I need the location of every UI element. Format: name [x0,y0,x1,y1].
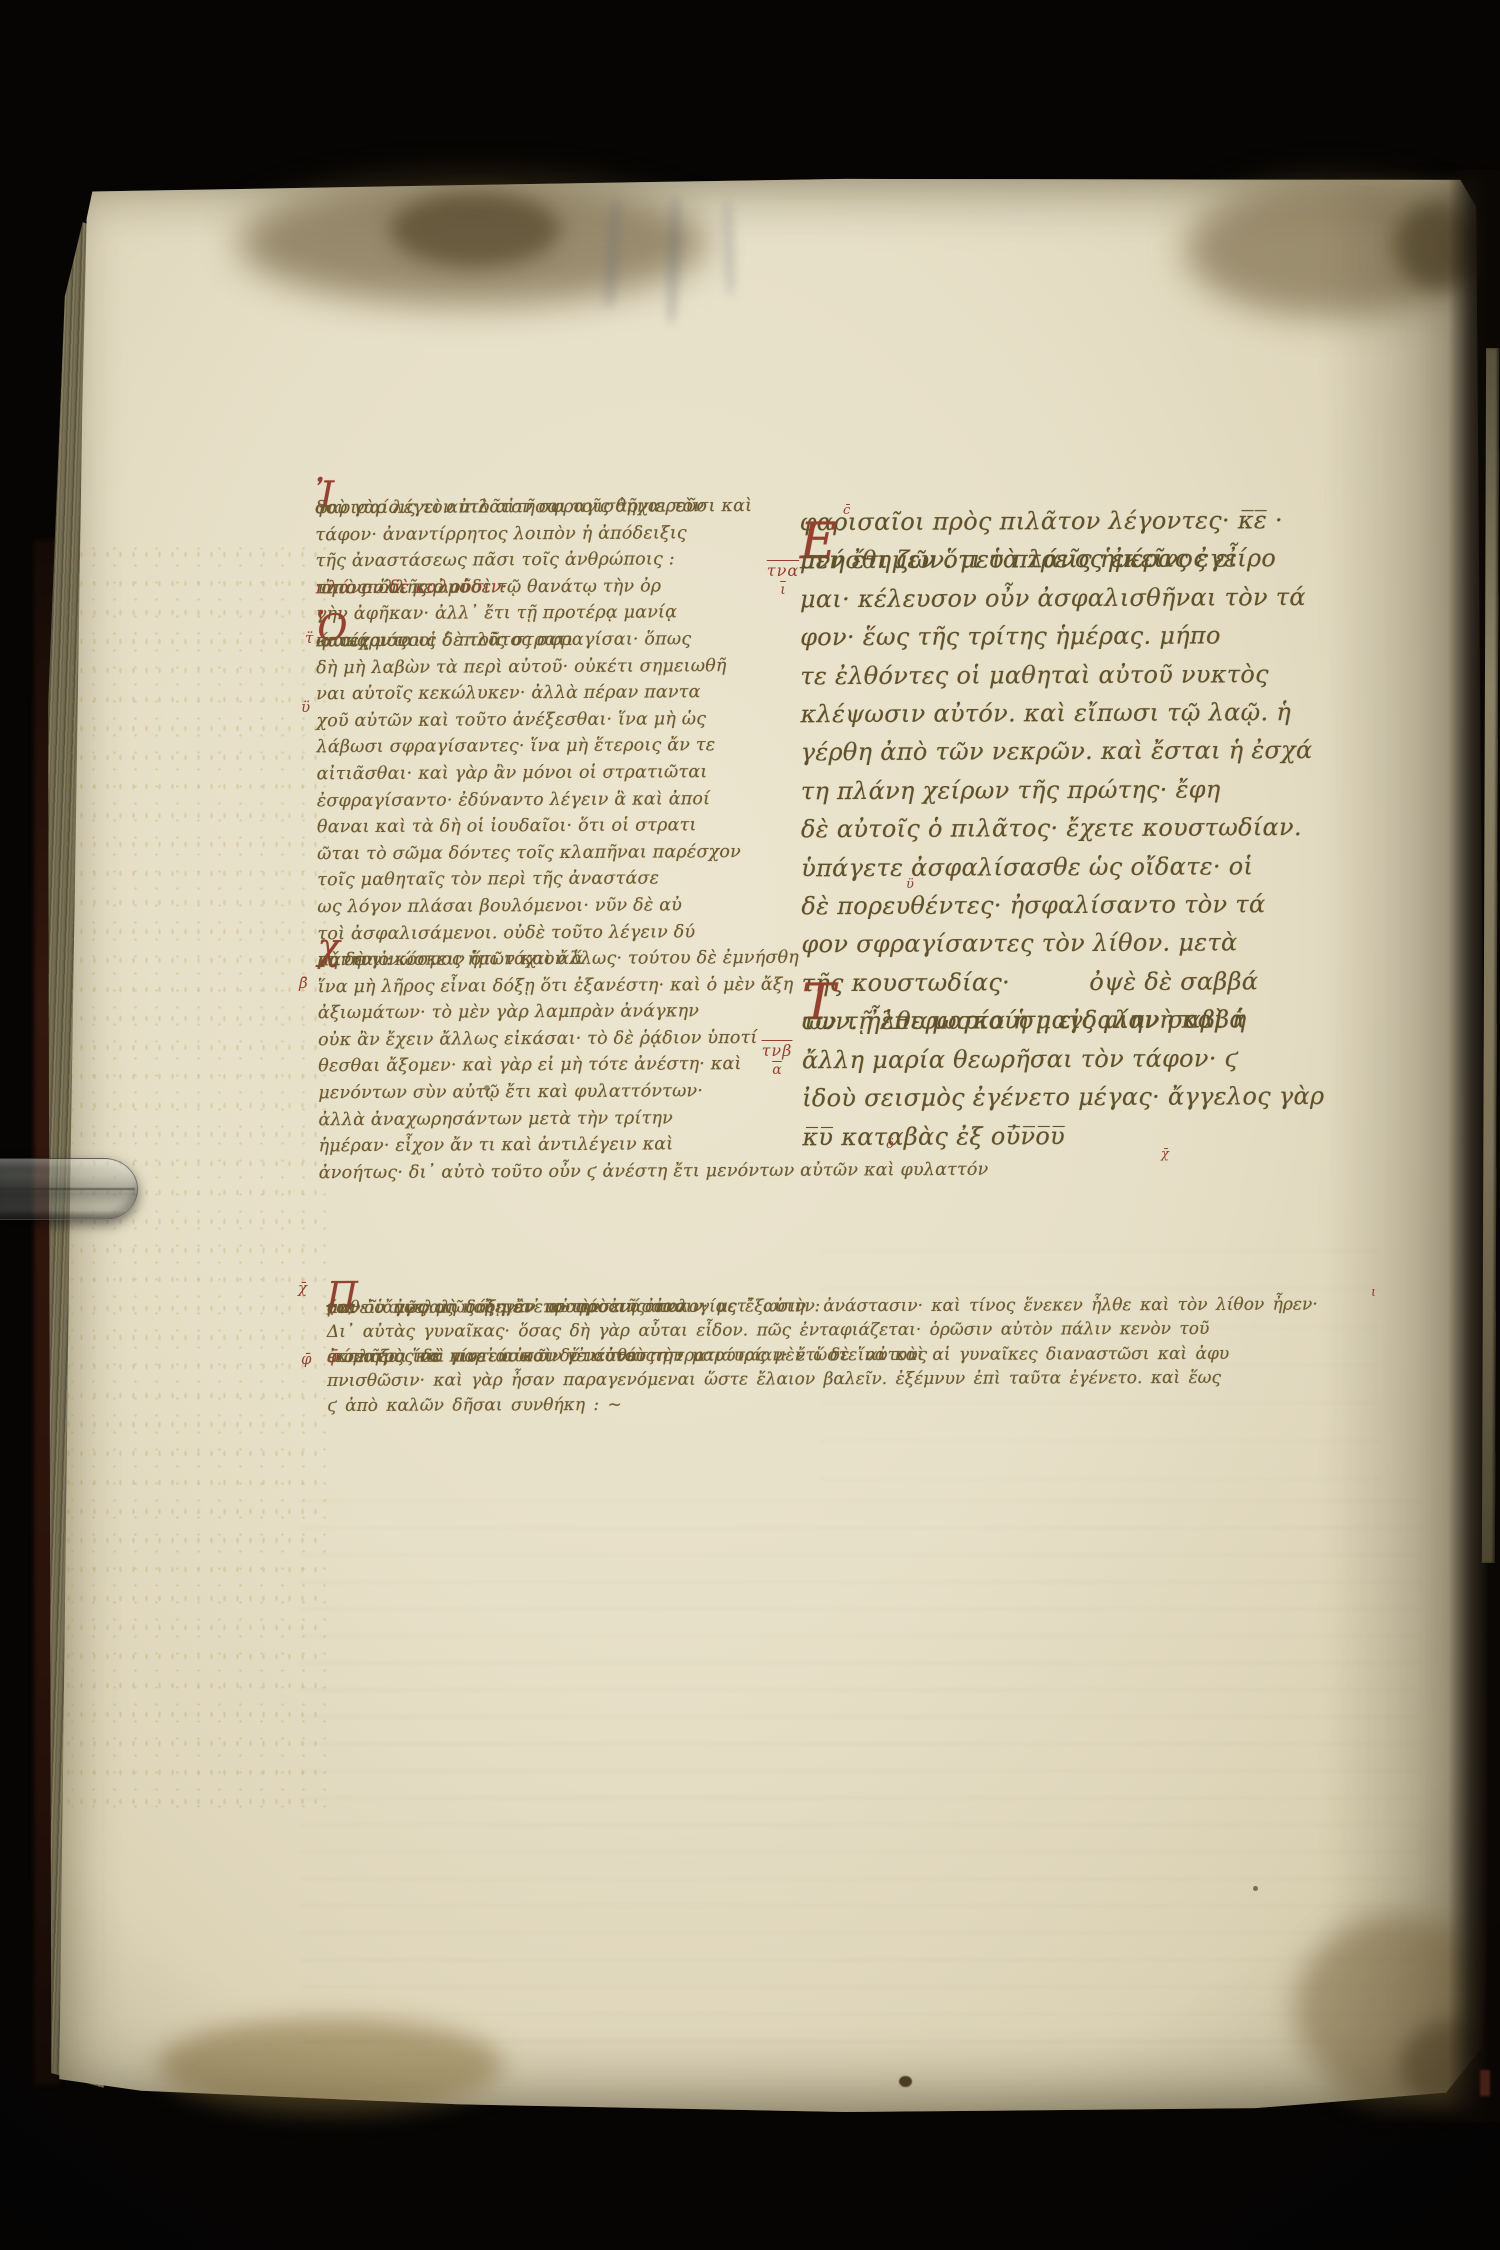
text-line: οὐκ ἂν ἔχειν ἄλλως εἰκάσαι· τὸ δὲ ῥᾴδιον… [318,1025,796,1054]
text-line: δὲ αὐτοῖς ὁ πιλᾶτος· ἔχετε κουστωδίαν. [801,808,1376,849]
text-line: τῆς κουστωδίας· ὀψὲ δὲ σαββά [802,962,1377,1003]
text-line: ι [1371,1285,1376,1300]
text-line: τοὶ ἀσφαλισάμενοι. οὐδὲ τοῦτο λέγειν δύ [317,918,795,947]
text-line: χ̄ [298,1281,307,1296]
section-number-a: τνα ι [753,562,813,600]
text-line: ϛ ἀπὸ καλῶν δῆσαι συνθήκη : ~ [327,1390,1457,1418]
text-line: φ̄ [301,1352,312,1367]
section-number-b: τνβ α [747,1042,807,1080]
commentary-footer-block: των· ὁ πῶς μὴ δόξῃ ἂν προφάσειν ἀπολογία… [327,1292,1457,1418]
text-line: ἀνοήτως· δι᾽ αὐτὸ τοῦτο οὖν ϛ ἀνέστη ἔτι… [319,1158,797,1187]
text-line: ώταις μόνοις ὁ πιλᾶτος σφραγίσαι· ὅπως [316,626,794,655]
text-line: ϋ [906,877,914,892]
text-line: β̄ [299,976,308,991]
text-line: γέρθη ἀπὸ τῶν νεκρῶν. καὶ ἔσται ἡ ἐσχά [801,731,1376,772]
binding-sliver [1480,2070,1490,2096]
text-line: ῶται τὸ σῶμα δόντες τοῖς κλαπῆναι παρέσχ… [317,838,795,867]
text-line: ἀλλὰ ἀναχωρησάντων μετὰ τὴν τρίτην [318,1104,796,1133]
text-line: ναι αὐτοῖς κεκώλυκεν· ἀλλὰ πέραν παντα [316,679,794,708]
text-line: τάφον· ἀναντίρρητος λοιπὸν ἡ ἀπόδειξις [315,519,793,548]
text-line: ὑπάγετε ἀσφαλίσασθε ὡς οἴδατε· οἱ [801,846,1376,887]
text-line: κλέψωσιν αὐτόν. καὶ εἴπωσι τῷ λαῷ. ἡ [800,693,1375,734]
rod-edge-line [0,1188,135,1190]
text-line: δὴ μὴ λαβὼν τὰ περὶ αὐτοῦ· οὐκέτι σημειω… [316,652,794,681]
text-line: ἵνα μὴ λῆρος εἶναι δόξῃ ὅτι ἐξανέστη· κα… [318,971,796,1000]
text-line: των. ἦλθε μαρία ἡ μαγδαληνὴ καὶ ἡ [802,1000,1377,1041]
text-line: c̄ [843,503,850,518]
page-holder-rod [0,1158,138,1220]
text-line: φαρισαῖοι πρὸς πιλᾶτον λέγοντες· κ̅ε̅ · [800,501,1375,542]
commentary-column: Ἰδοὺ γὰρ λέγει αὐτὸ αἰτῆσαι τοῖς ἀρχιερε… [315,493,797,1187]
text-line: ἡμέραν· εἶχον ἄν τι καὶ ἀντιλέγειν καὶ [319,1131,797,1160]
text-line: τε ἐλθόντες οἱ μαθηταὶ αὐτοῦ νυκτὸς [800,654,1375,695]
text-line: φον σφραγίσαντες τὸν λίθον. μετὰ [801,923,1376,964]
text-line: φαρισαίοις τὸν πιλᾶτον σφραγισθῆναι τὸν [315,493,793,522]
text-line: θεσθαι ἄξομεν· καὶ γὰρ εἰ μὴ τότε ἀνέστη… [318,1051,796,1080]
text-line: αἰτιᾶσθαι· καὶ γὰρ ἂν μόνοι οἱ στρατιῶτα… [317,759,795,788]
text-line: τῆς ἀναστάσεως πᾶσι τοῖς ἀνθρώποις : [315,546,793,575]
text-line: ἰδοὺ σεισμὸς ἐγένετο μέγας· ἄγγελος γὰρ [802,1077,1377,1118]
text-line: λάβωσι σφραγίσαντες· ἵνα μὴ ἕτεροις ἄν τ… [316,732,794,761]
text-line: ο̈ [886,1137,894,1152]
ammonian-section-number: τνα [753,562,813,580]
text-line: τ̈ [305,631,313,646]
text-line: χοῦ αὐτῶν καὶ τοῦτο ἀνέξεσθαι· ἵνα μὴ ὡς [316,706,794,735]
text-line: μενόντων σὺν αὐτῷ ἔτι καὶ φυλαττόντων· [318,1078,796,1107]
ammonian-section-number: τνβ [747,1042,807,1060]
text-line: μαι· κέλευσον οὖν ἀσφαλισθῆναι τὸν τά [800,578,1375,619]
text-line: ἀξιωμάτων· τὸ μὲν γὰρ λαμπρὰν ἀνάγκην [318,998,796,1027]
text-line: φον· ἕως τῆς τρίτης ἡμέρας. μήπο [800,616,1375,657]
text-line: τοῖς μαθηταῖς τὸν περὶ τῆς ἀναστάσε [317,865,795,894]
text-line: μάτην ὁ κόσμος ἡμῶν καὶ ἄλλως· τούτου δὲ… [318,945,796,974]
gospel-text-column: φαρισαῖοι πρὸς πιλᾶτον λέγοντες· κ̅ε̅ ·Ε… [800,501,1378,1156]
text-line: χ̄ [1161,1147,1169,1162]
text-line: γὴν ἀφῆκαν· ἀλλ᾽ ἔτι τῇ προτέρᾳ μανίᾳ [316,599,794,628]
page-text-layer: Ἰδοὺ γὰρ λέγει αὐτὸ αἰτῆσαι τοῖς ἀρχιερε… [55,176,1492,2114]
text-line: ως λόγον πλάσαι βουλόμενοι· νῦν δὲ αὐ [317,892,795,921]
manuscript-photo: Ἰδοὺ γὰρ λέγει αὐτὸ αἰτῆσαι τοῖς ἀρχιερε… [0,0,1500,2250]
text-line: δὲ πορευθέντες· ἠσφαλίσαντο τὸν τά [801,885,1376,926]
text-line: τητος· ὅτι περ οὐδὲ τῷ θανάτῳ τὴν ὀρ [316,573,794,602]
text-line: θαναι καὶ τὰ δὴ οἱ ἰουδαῖοι· ὅτι οἱ στρα… [317,812,795,841]
text-line: ϋ [301,700,310,715]
text-line: πεν ἔτι ζῶν. μετὰ τρεῖς ἡμέρας ἐγείρο [800,539,1375,580]
text-line: ἐσφραγίσαντο· ἐδύναντο λέγειν ἃ καὶ ἀποί [317,785,795,814]
text-line: ἄλλη μαρία θεωρῆσαι τὸν τάφον· ϛ [802,1038,1377,1079]
eusebian-canon-number: α [747,1060,807,1080]
text-line: τη πλάνη χείρων τῆς πρώτης· ἔφη [801,770,1376,811]
eusebian-canon-number: ι [753,580,813,600]
